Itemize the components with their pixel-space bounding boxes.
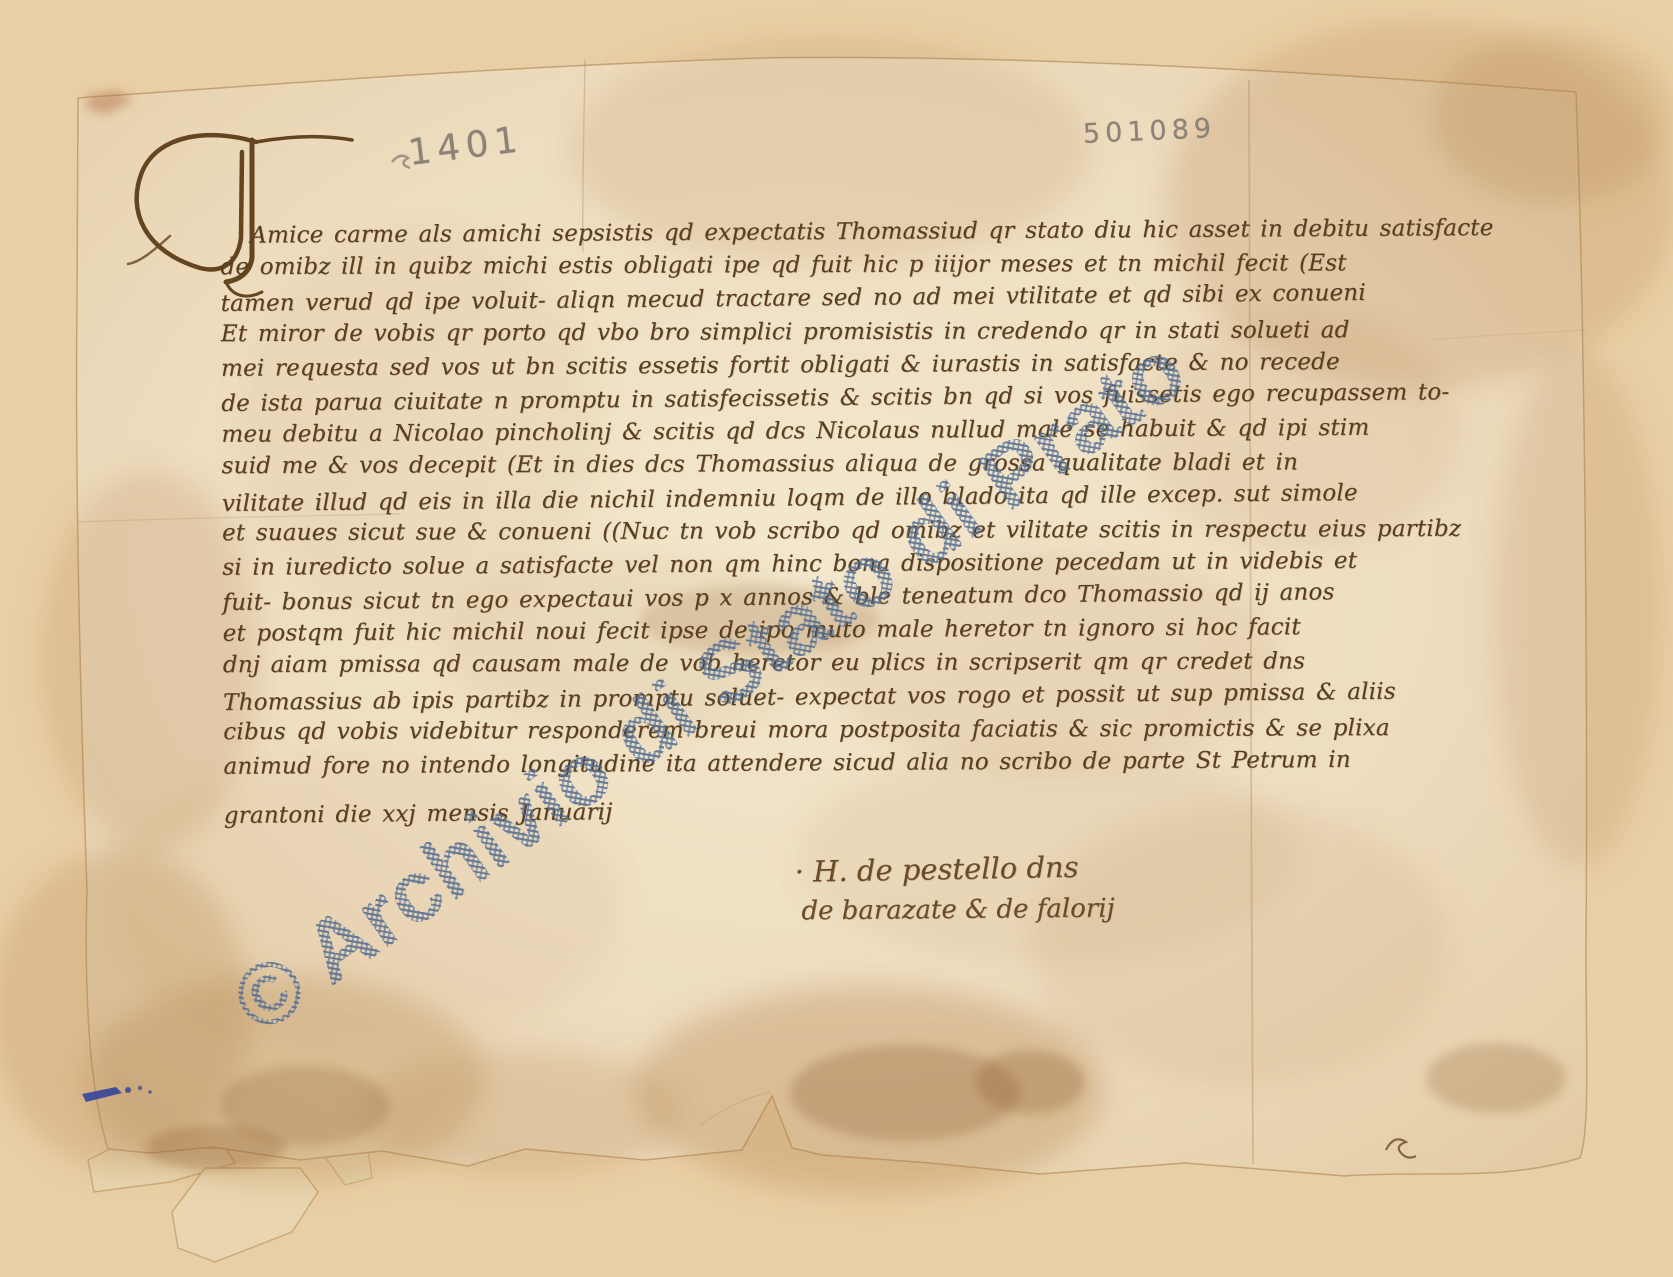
letter-line: cibus qd vobis videbitur responderem bre… <box>223 712 1463 750</box>
signature-place: de barazate & de falorij <box>801 894 1115 927</box>
letter-body: Amice carme als amichi sepsistis qd expe… <box>220 212 1464 831</box>
scan-backdrop: Amice carme als amichi sepsistis qd expe… <box>0 0 1673 1277</box>
signature-block: · H. de pestello dns de barazate & de fa… <box>794 849 1115 928</box>
letter-line: et suaues sicut sue & conueni ((Nuc tn v… <box>222 513 1462 551</box>
pencil-inventory-number: 501089 <box>1082 113 1216 150</box>
signature-name: · H. de pestello dns <box>794 849 1114 889</box>
letter-line: animud fore no intendo longitudine ita a… <box>223 743 1463 784</box>
letter-line: Et miror de vobis qr porto qd vbo bro si… <box>221 313 1461 351</box>
